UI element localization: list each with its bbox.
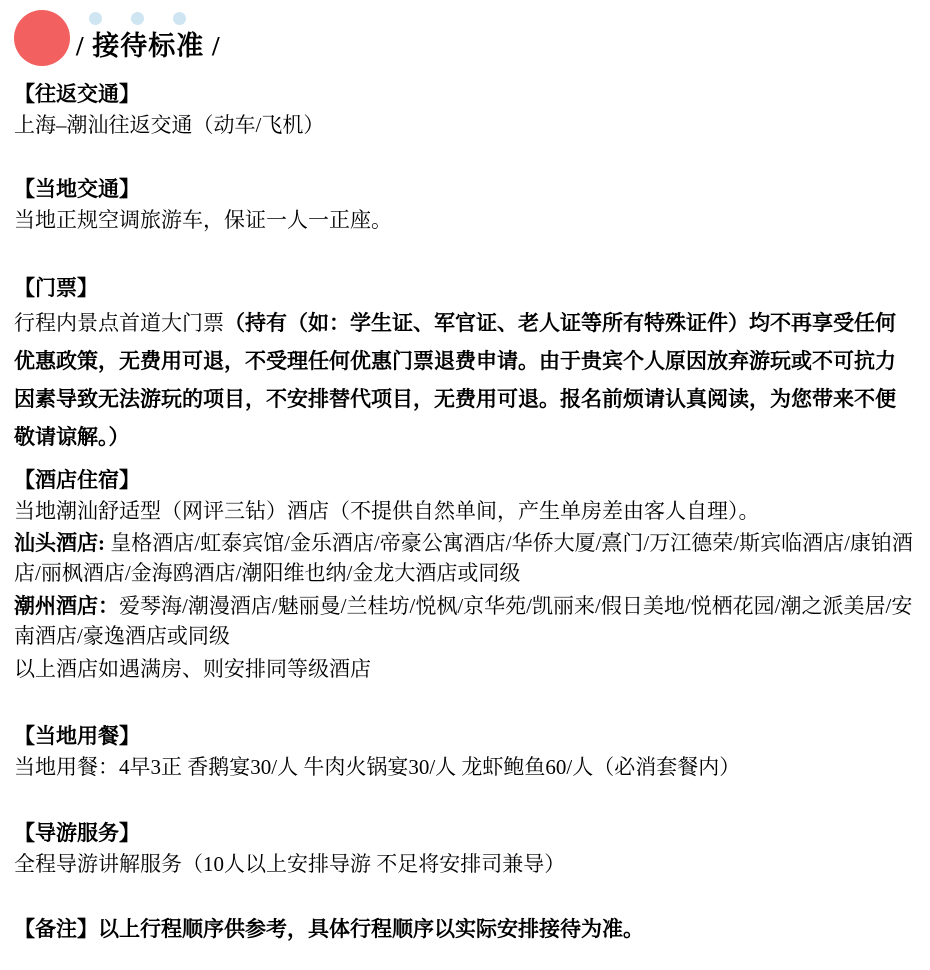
section-heading-roundtrip: 【往返交通】 — [14, 80, 916, 108]
remark-text: 【备注】以上行程顺序供参考，具体行程顺序以实际安排接待为准。 — [14, 914, 916, 944]
section-heading-local-transport: 【当地交通】 — [14, 175, 916, 203]
section-remark: 【备注】以上行程顺序供参考，具体行程顺序以实际安排接待为准。 — [14, 914, 916, 944]
section-heading-hotel: 【酒店住宿】 — [14, 466, 916, 494]
reception-standards-document: / 接待标准 / 【往返交通】 上海–潮汕往返交通（动车/飞机） 【当地交通】 … — [0, 0, 930, 944]
section-roundtrip-transport: 【往返交通】 上海–潮汕往返交通（动车/飞机） — [14, 80, 916, 140]
section-body-tickets: 行程内景点首道大门票（持有（如：学生证、军官证、老人证等所有特殊证件）均不再享受… — [14, 304, 916, 456]
hotel-label-shantou: 汕头酒店: — [14, 531, 110, 555]
section-heading-guide: 【导游服务】 — [14, 819, 916, 847]
remark-label: 【备注】 — [14, 917, 98, 941]
section-local-transport: 【当地交通】 当地正规空调旅游车，保证一人一正座。 — [14, 175, 916, 235]
section-hotel: 【酒店住宿】 当地潮汕舒适型（网评三钻）酒店（不提供自然单间，产生单房差由客人自… — [14, 466, 916, 684]
page-title: / 接待标准 / — [76, 24, 221, 63]
section-heading-meals: 【当地用餐】 — [14, 722, 916, 750]
section-guide: 【导游服务】 全程导游讲解服务（10人以上安排导游 不足将安排司兼导） — [14, 819, 916, 879]
hotel-label-chaozhou: 潮州酒店： — [14, 594, 119, 618]
hotel-list-chaozhou: 潮州酒店：爱琴海/潮漫酒店/魅丽曼/兰桂坊/悦枫/京华苑/凯丽来/假日美地/悦栖… — [14, 591, 916, 651]
section-body-guide: 全程导游讲解服务（10人以上安排导游 不足将安排司兼导） — [14, 849, 916, 879]
section-body-local-transport: 当地正规空调旅游车，保证一人一正座。 — [14, 205, 916, 235]
hotel-names-chaozhou: 爱琴海/潮漫酒店/魅丽曼/兰桂坊/悦枫/京华苑/凯丽来/假日美地/悦栖花园/潮之… — [14, 594, 912, 648]
section-heading-tickets: 【门票】 — [14, 274, 916, 302]
hotel-intro: 当地潮汕舒适型（网评三钻）酒店（不提供自然单间，产生单房差由客人自理）。 — [14, 496, 916, 526]
section-body-meals: 当地用餐：4早3正 香鹅宴30/人 牛肉火锅宴30/人 龙虾鲍鱼60/人（必消套… — [14, 752, 916, 782]
hotel-names-shantou: 皇格酒店/虹泰宾馆/金乐酒店/帝豪公寓酒店/华侨大厦/熹门/万江德荣/斯宾临酒店… — [14, 531, 913, 585]
hotel-list-shantou: 汕头酒店: 皇格酒店/虹泰宾馆/金乐酒店/帝豪公寓酒店/华侨大厦/熹门/万江德荣… — [14, 528, 916, 588]
section-body-roundtrip: 上海–潮汕往返交通（动车/飞机） — [14, 110, 916, 140]
document-header: / 接待标准 / — [14, 0, 916, 70]
section-meals: 【当地用餐】 当地用餐：4早3正 香鹅宴30/人 牛肉火锅宴30/人 龙虾鲍鱼6… — [14, 722, 916, 782]
section-tickets: 【门票】 行程内景点首道大门票（持有（如：学生证、军官证、老人证等所有特殊证件）… — [14, 274, 916, 456]
tickets-text-regular: 行程内景点首道大门票 — [14, 311, 224, 335]
red-circle-decoration — [14, 10, 70, 66]
hotel-full-note: 以上酒店如遇满房、则安排同等级酒店 — [14, 654, 916, 684]
remark-body: 以上行程顺序供参考，具体行程顺序以实际安排接待为准。 — [98, 917, 644, 941]
